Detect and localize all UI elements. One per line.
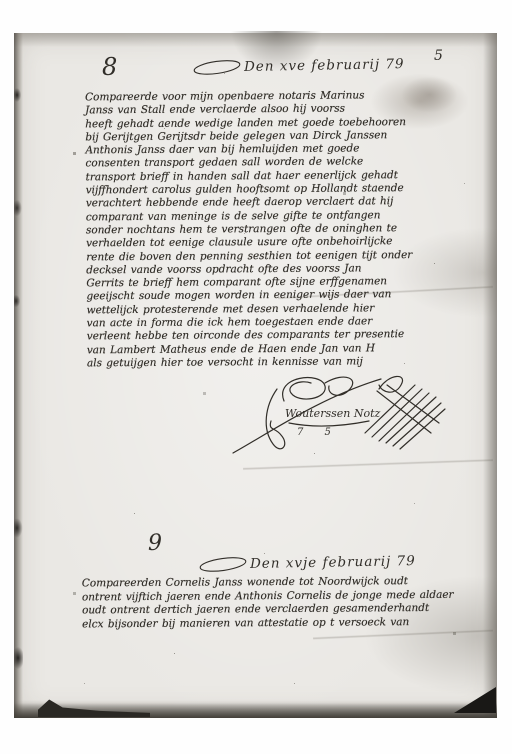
manuscript-line: oudt ontrent dertich jaeren ende verclae… [82, 602, 482, 618]
section-1-date-text: Den xve februarij 79 [244, 56, 405, 75]
signature-paraph-numbers: 7 5 [297, 427, 340, 438]
heading-flourish-icon [198, 555, 248, 574]
paper-crease [313, 629, 493, 640]
signature-flourish-icon: Wouterssen Notz 7 5 [229, 371, 455, 463]
manuscript-line: als getuijgen hier toe versocht in kenni… [87, 355, 473, 371]
paper-specks [14, 33, 15, 34]
notary-signature: Wouterssen Notz 7 5 [229, 371, 455, 463]
manuscript-line: elcx bijsonder bij manieren van attestat… [82, 615, 482, 631]
section-2-number: 9 [148, 531, 162, 556]
section-2-body: Compareerden Cornelis Janss wonende tot … [82, 575, 482, 632]
section-2-date-text: Den xvje februarij 79 [250, 553, 416, 572]
heading-flourish-icon [192, 58, 242, 77]
signature-name-text: Wouterssen Notz [285, 407, 381, 420]
section-1-date-heading: Den xve februarij 79 [192, 55, 405, 77]
scan-background: 8 5 Den xve februarij 79 Compareerde voo… [0, 0, 512, 754]
manuscript-page: 8 5 Den xve februarij 79 Compareerde voo… [14, 33, 497, 718]
section-2-date-heading: Den xvje februarij 79 [198, 552, 416, 574]
folio-number-right: 5 [434, 48, 443, 64]
section-1-body: Compareerde voor mijn openbaere notaris … [85, 89, 473, 371]
binding-edge-shadow [14, 33, 23, 718]
folio-number-left: 8 [102, 53, 117, 81]
